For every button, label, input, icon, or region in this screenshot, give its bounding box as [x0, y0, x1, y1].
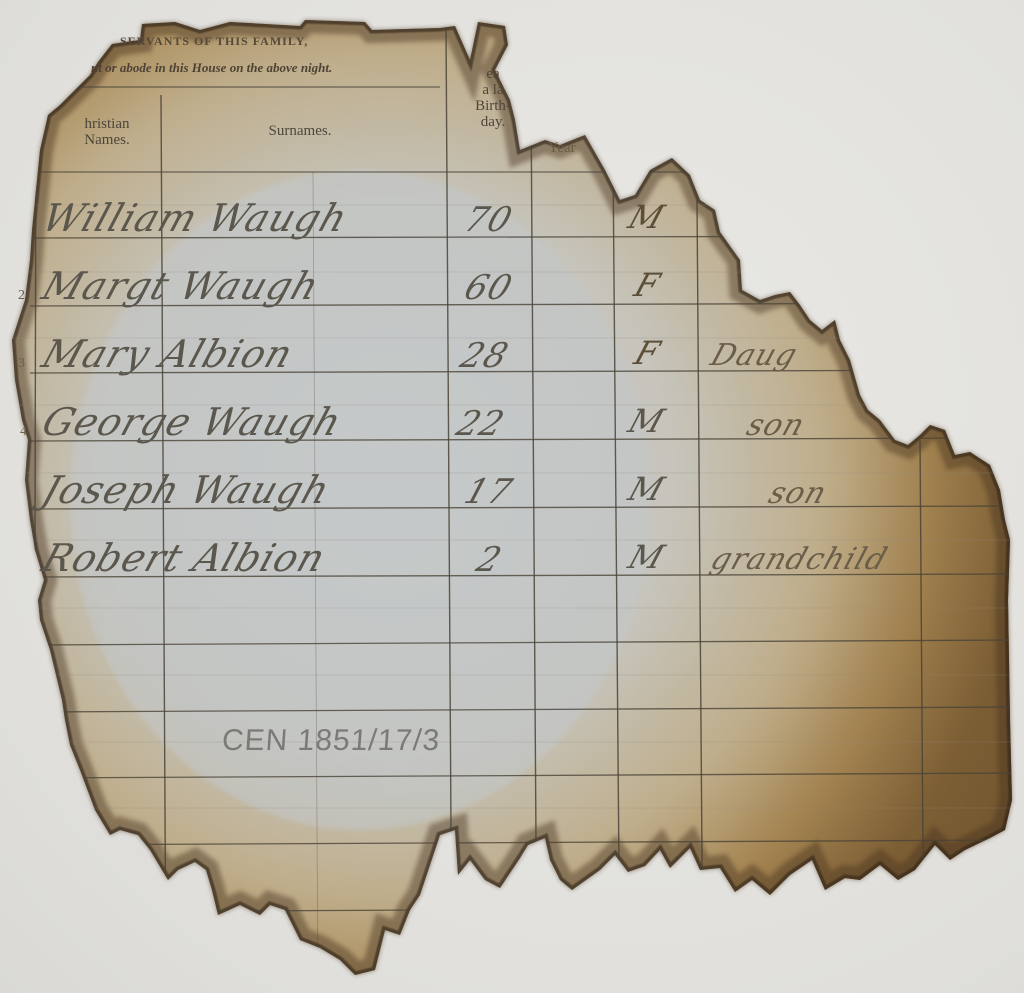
burned-document-fragment	[0, 0, 1024, 993]
